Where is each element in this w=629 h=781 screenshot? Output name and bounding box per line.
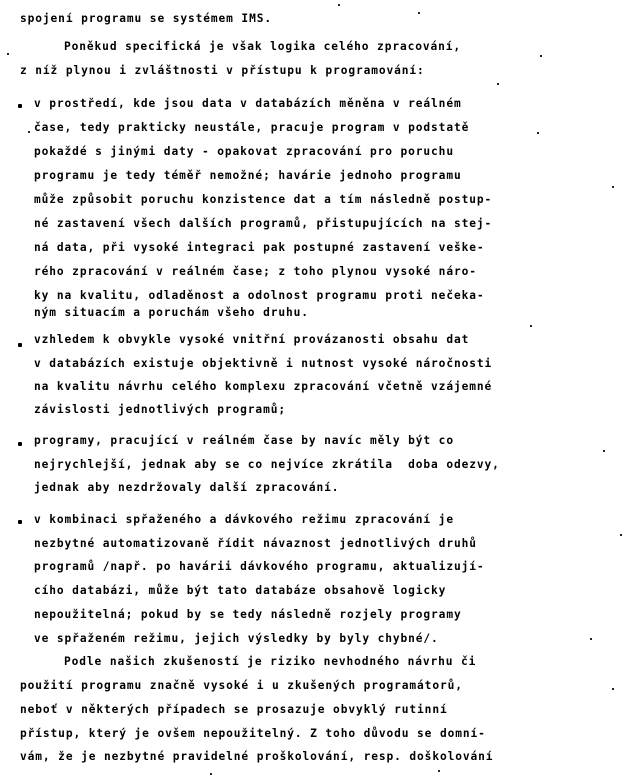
bullet-item-3-line: nejrychlejší, jednak aby se co nejvíce z… bbox=[34, 458, 500, 472]
bullet-item-2-line: vzhledem k obvykle vysoké vnitřní prováz… bbox=[34, 333, 469, 347]
text-line: použití programu značně vysoké i u zkuše… bbox=[20, 679, 463, 693]
scan-noise bbox=[418, 12, 420, 14]
bullet-item-4-line: nezbytné automatizovaně řídit návaznost … bbox=[34, 537, 477, 551]
bullet-item-2-line: v databázích existuje objektivně i nutno… bbox=[34, 357, 492, 371]
bullet-item-2-line: závislosti jednotlivých programů; bbox=[34, 403, 286, 417]
bullet-icon bbox=[18, 442, 22, 446]
scan-noise bbox=[210, 773, 212, 775]
text-line: přístup, který je ovšem nepoužitelný. Z … bbox=[20, 727, 486, 741]
bullet-item-3-line: jednak aby nezdržovaly další zpracování. bbox=[34, 481, 339, 495]
bullet-item-1-line: rého zpracování v reálném čase; z toho p… bbox=[34, 265, 477, 279]
scan-noise bbox=[603, 450, 605, 452]
text-line: spojení programu se systémem IMS. bbox=[20, 12, 272, 26]
scan-noise bbox=[28, 131, 30, 133]
text-line: neboť v některých případech se prosazuje… bbox=[20, 703, 448, 717]
scan-noise bbox=[438, 770, 440, 772]
scan-noise bbox=[612, 186, 614, 188]
bullet-item-4-line: v kombinaci spřaženého a dávkového režim… bbox=[34, 513, 454, 527]
scan-noise bbox=[7, 53, 9, 55]
text-line: vám, že je nezbytné pravidelné proškolov… bbox=[20, 750, 493, 764]
bullet-item-1-line: ky na kvalitu, odladěnost a odolnost pro… bbox=[34, 289, 485, 303]
scan-noise bbox=[620, 534, 622, 536]
text-line: z níž plynou i zvláštnosti v přístupu k … bbox=[20, 64, 425, 78]
bullet-item-4-line: nepoužitelná; pokud by se tedy následně … bbox=[34, 608, 462, 622]
bullet-item-1-line: v prostředí, kde jsou data v databázích … bbox=[34, 97, 462, 111]
bullet-item-1-line: čase, tedy prakticky neustále, pracuje p… bbox=[34, 121, 469, 135]
scan-noise bbox=[338, 4, 340, 6]
bullet-item-1-line: ným situacím a poruchám všeho druhu. bbox=[34, 306, 309, 320]
scanned-page: spojení programu se systémem IMS. Poněku… bbox=[0, 0, 629, 781]
bullet-icon bbox=[18, 343, 22, 347]
bullet-item-1-line: né zastavení všech dalších programů, při… bbox=[34, 217, 492, 231]
bullet-item-2-line: na kvalitu návrhu celého komplexu zpraco… bbox=[34, 380, 492, 394]
bullet-item-3-line: programy, pracující v reálném čase by na… bbox=[34, 434, 454, 448]
bullet-icon bbox=[18, 104, 22, 108]
scan-noise bbox=[530, 325, 532, 327]
bullet-item-1-line: pokaždé s jinými daty - opakovat zpracov… bbox=[34, 145, 454, 159]
paragraph-first-line: Poněkud specifická je však logika celého… bbox=[64, 40, 461, 54]
paragraph-first-line: Podle našich zkušeností je riziko nevhod… bbox=[64, 655, 476, 669]
scan-noise bbox=[612, 688, 614, 690]
bullet-item-4-line: programů /např. po havárii dávkového pro… bbox=[34, 560, 485, 574]
bullet-icon bbox=[18, 520, 22, 524]
scan-noise bbox=[497, 83, 499, 85]
scan-noise bbox=[540, 55, 542, 57]
bullet-item-1-line: programu je tedy téměř nemožné; havárie … bbox=[34, 169, 462, 183]
bullet-item-4-line: ve spřaženém režimu, jejich výsledky by … bbox=[34, 632, 439, 646]
scan-noise bbox=[590, 638, 592, 640]
bullet-item-4-line: cího databázi, může být tato databáze ob… bbox=[34, 584, 446, 598]
scan-noise bbox=[537, 132, 539, 134]
bullet-item-1-line: může způsobit poruchu konzistence dat a … bbox=[34, 193, 492, 207]
bullet-item-1-line: ná data, při vysoké integraci pak postup… bbox=[34, 241, 485, 255]
